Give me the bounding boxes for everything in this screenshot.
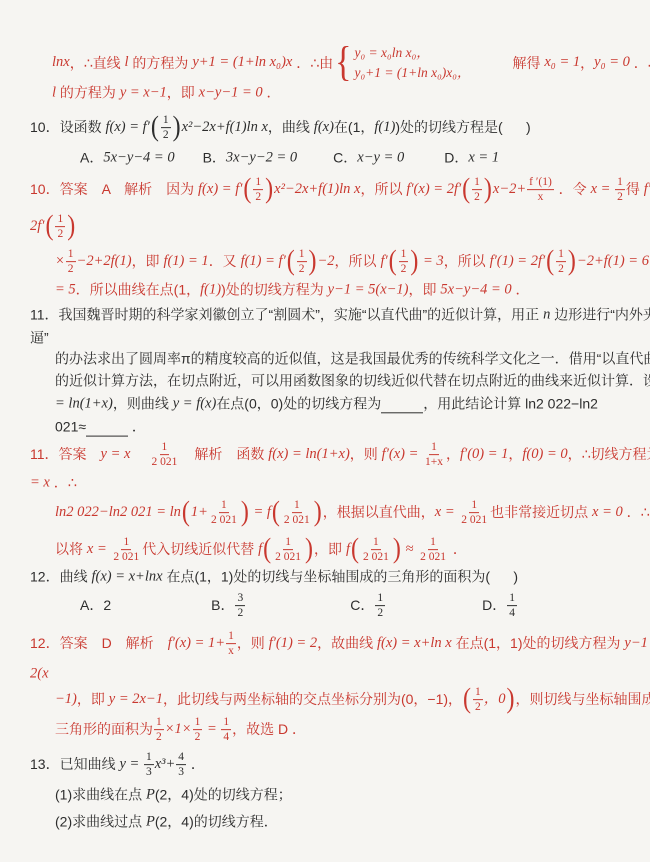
math-run: −2 bbox=[318, 253, 335, 270]
fraction: 12 bbox=[193, 715, 203, 745]
text-run: ，∴直线 bbox=[70, 55, 125, 72]
fraction: 12 bbox=[161, 113, 171, 143]
parenthesized-group: (12 021) bbox=[271, 498, 323, 528]
text-run: ，根据以直代曲， bbox=[323, 505, 435, 522]
open-paren-icon: ( bbox=[389, 249, 397, 275]
fraction: 12 bbox=[399, 247, 409, 277]
math-run: f′ bbox=[380, 253, 387, 270]
text-run: 代入切线近似代替 bbox=[142, 542, 258, 559]
fraction-numerator: 1 bbox=[473, 685, 483, 700]
fraction-numerator: 1 bbox=[375, 591, 385, 606]
math-run: f(1) = 1 bbox=[163, 253, 208, 270]
system-row: y₀ = x₀ln x₀， bbox=[354, 45, 470, 61]
text-run: ． bbox=[449, 542, 467, 559]
fraction-numerator: 1 bbox=[160, 440, 170, 455]
math-run: x₀ = 1 bbox=[544, 54, 580, 71]
math-run: f(1) bbox=[200, 281, 221, 298]
fraction-denominator: 2 bbox=[235, 607, 245, 621]
fraction: 14 bbox=[507, 591, 517, 621]
text-run: 解得 bbox=[512, 55, 544, 72]
fraction-denominator: 2 bbox=[615, 191, 625, 205]
text-run: D． bbox=[444, 150, 468, 167]
spacer bbox=[386, 606, 482, 607]
math-run: 2(x bbox=[30, 665, 49, 682]
text-run: 在点(1，1)处的切线与坐标轴围成的三角形的面积为( ) bbox=[163, 569, 518, 586]
math-run: x = 0 bbox=[592, 504, 623, 521]
text-run: 在点(0，0)处的切线方程为 bbox=[216, 396, 381, 413]
text-run: 边形进行“内外夹 bbox=[550, 307, 650, 324]
text-run: 10．答案 A 解析 因为 bbox=[30, 182, 198, 199]
math-run: f′(0) = 1 bbox=[460, 446, 508, 463]
text-run: 三角形的面积为 bbox=[55, 722, 153, 739]
math-run: × bbox=[55, 253, 65, 270]
text-run: ，故曲线 bbox=[317, 636, 377, 653]
fraction-denominator: 2 021 bbox=[209, 514, 239, 528]
math-run: 5x−y−4 = 0 bbox=[103, 149, 174, 166]
text-run: 在(1， bbox=[334, 120, 374, 137]
fraction-denominator: 4 bbox=[221, 731, 231, 745]
close-paren-icon: ) bbox=[305, 537, 313, 563]
close-paren-icon: ) bbox=[173, 115, 181, 141]
open-paren-icon: ( bbox=[272, 500, 280, 526]
fraction: 12 021 bbox=[209, 498, 239, 528]
fraction-denominator: 2 021 bbox=[459, 514, 489, 528]
spacer bbox=[111, 606, 211, 607]
fraction: 14 bbox=[221, 715, 231, 745]
text-run: C． bbox=[350, 598, 374, 615]
text-run: 021≈ bbox=[55, 419, 86, 436]
math-run: f(1) bbox=[374, 119, 395, 136]
fraction: 11+x bbox=[423, 440, 445, 470]
fraction-denominator: 2 bbox=[399, 263, 409, 277]
problem-11-line-1: 11．我国魏晋时期的科学家刘徽创立了“割圆术”，实施“以直代曲”的近似计算，用正… bbox=[30, 306, 650, 323]
close-paren-icon: ) bbox=[507, 687, 515, 713]
close-paren-icon: ) bbox=[265, 177, 273, 203]
fraction-numerator: 1 bbox=[193, 715, 203, 730]
fraction: 12 021 bbox=[459, 498, 489, 528]
text-run: ． bbox=[128, 419, 146, 436]
spacer bbox=[246, 606, 350, 607]
math-run: x³+ bbox=[155, 756, 176, 773]
math-run: f(x) = f′ bbox=[198, 181, 242, 198]
fraction-denominator: 2 bbox=[55, 228, 65, 242]
text-run: ，∴切线方程为 bbox=[568, 447, 650, 464]
fraction-denominator: 2 021 bbox=[282, 514, 312, 528]
math-run: f′(x) = 2f′ bbox=[406, 181, 461, 198]
fraction-numerator: 1 bbox=[615, 175, 625, 190]
fraction: 12 bbox=[473, 685, 483, 715]
text-run: D． bbox=[482, 598, 506, 615]
text-run: ，故选 D ． bbox=[232, 722, 306, 739]
problem-11-line-4: 的近似计算方法，在切点附近，可以用函数图象的切线近似代替在切点附近的曲线来近似计… bbox=[55, 372, 650, 389]
text-run: ，曲线 bbox=[268, 120, 314, 137]
text-run: 11．我国魏晋时期的科学家刘徽创立了“割圆术”，实施“以直代曲”的近似计算，用正 bbox=[30, 307, 543, 324]
fraction: 12 021 bbox=[418, 535, 448, 565]
fraction-denominator: 2 021 bbox=[111, 551, 141, 565]
answer-blank bbox=[86, 423, 128, 436]
math-run: ≈ bbox=[402, 541, 417, 558]
fraction: 12 bbox=[253, 175, 263, 205]
answer-12-line-4: 三角形的面积为12×1×12 = 14，故选 D ． bbox=[55, 715, 306, 745]
text-run: 也非常接近切点 bbox=[490, 505, 592, 522]
close-paren-icon: ) bbox=[393, 537, 401, 563]
text-run: C． bbox=[333, 150, 357, 167]
math-run: 1+ bbox=[191, 504, 208, 521]
fraction-denominator: 2 bbox=[154, 731, 164, 745]
fraction-denominator: 2 bbox=[253, 191, 263, 205]
fraction-numerator: 1 bbox=[121, 535, 131, 550]
fraction-denominator: 2 bbox=[472, 191, 482, 205]
text-run: ，即 bbox=[409, 282, 441, 299]
fraction-denominator: x bbox=[226, 645, 236, 659]
close-paren-icon: ) bbox=[484, 177, 492, 203]
parenthesized-group: (12) bbox=[545, 247, 577, 277]
text-run: A．2 bbox=[80, 598, 111, 615]
math-run: P bbox=[146, 813, 155, 830]
fraction-denominator: 2 bbox=[161, 129, 171, 143]
answer-11-line-3: ln2 022−ln2 021 = ln(1+12 021) = f(12 02… bbox=[55, 498, 650, 528]
close-paren-icon: ) bbox=[241, 500, 249, 526]
text-run: ，所以 bbox=[335, 254, 381, 271]
math-run: x = 1 bbox=[468, 149, 499, 166]
math-run: y = 2x−1 bbox=[109, 691, 163, 708]
spacer bbox=[175, 157, 203, 158]
spacer bbox=[297, 157, 333, 158]
text-run: ， bbox=[446, 447, 460, 464]
answer-10-line-2: 2f′(12) bbox=[30, 212, 76, 242]
fraction: 12 bbox=[375, 591, 385, 621]
text-run: (2，4)的切线方程． bbox=[155, 814, 278, 831]
problem-11-line-3: 的办法求出了圆周率π的精度较高的近似值，这是我国最优秀的传统科学文化之一．借用“… bbox=[55, 351, 650, 368]
text-run: (1)求曲线在点 bbox=[55, 787, 146, 804]
text-run: ．又 bbox=[209, 254, 241, 271]
math-run: lnx bbox=[52, 54, 70, 71]
math-run: y+1 = (1+ln x₀)x bbox=[192, 54, 292, 71]
math-run: n bbox=[543, 306, 550, 323]
close-paren-icon: ) bbox=[410, 249, 418, 275]
math-run: −1) bbox=[55, 691, 77, 708]
fraction-numerator: 1 bbox=[55, 212, 65, 227]
fraction-denominator: 2 021 bbox=[361, 551, 391, 565]
fraction-numerator: 1 bbox=[429, 440, 439, 455]
text-run: 13．已知曲线 bbox=[30, 757, 119, 774]
math-run: y−1 = 5(x−1) bbox=[328, 281, 409, 298]
open-paren-icon: ( bbox=[287, 249, 295, 275]
parenthesized-group: (1+12 021) bbox=[181, 498, 250, 528]
fraction: 1x bbox=[226, 629, 236, 659]
open-paren-icon: ( bbox=[182, 500, 190, 526]
problem-10-options: A．5x−y−4 = 0B．3x−y−2 = 0C．x−y = 0D．x = 1 bbox=[80, 149, 499, 166]
fraction: 12 021 bbox=[149, 440, 179, 470]
text-run: ，所以 bbox=[444, 254, 490, 271]
fraction-denominator: 2 021 bbox=[149, 456, 179, 470]
fraction-numerator: 1 bbox=[428, 535, 438, 550]
text-run: ．∴直线 bbox=[630, 55, 650, 72]
text-run: (2，4)处的切线方程； bbox=[155, 787, 292, 804]
fraction: 12 021 bbox=[273, 535, 303, 565]
math-run: ln2 022−ln2 021 = ln bbox=[55, 504, 181, 521]
fraction-numerator: 1 bbox=[283, 535, 293, 550]
text-run: ，此切线与两坐标轴的交点坐标分别为(0，−1)， bbox=[163, 692, 462, 709]
math-run: f(1) = f′ bbox=[241, 253, 286, 270]
fraction-numerator: 1 bbox=[221, 715, 231, 730]
math-run: 2f′ bbox=[30, 218, 44, 235]
text-run: 12．答案 D 解析 bbox=[30, 636, 168, 653]
fraction-numerator: 3 bbox=[235, 591, 245, 606]
open-paren-icon: ( bbox=[243, 177, 251, 203]
parenthesized-group: (12) bbox=[44, 212, 76, 242]
problem-12-statement: 12．曲线 f(x) = x+lnx 在点(1，1)处的切线与坐标轴围成的三角形… bbox=[30, 568, 518, 585]
fraction-denominator: 2 bbox=[556, 263, 566, 277]
math-run: f(x) = ln(1+x) bbox=[268, 446, 350, 463]
worksheet-page: lnx，∴直线 l 的方程为 y+1 = (1+ln x₀)x ．∴由{y₀ =… bbox=[0, 0, 650, 862]
fraction-denominator: 2 021 bbox=[273, 551, 303, 565]
answer-10-line-4: = 5．所以曲线在点(1，f(1))处的切线方程为 y−1 = 5(x−1)，即… bbox=[55, 281, 530, 298]
fraction-denominator: 2 bbox=[297, 263, 307, 277]
math-run: x = bbox=[435, 504, 458, 521]
math-run: f′(1) = 2f′ bbox=[490, 253, 546, 270]
text-run: ，则 bbox=[350, 447, 382, 464]
text-run: 以将 bbox=[55, 542, 87, 559]
parenthesized-group: (12) bbox=[286, 247, 318, 277]
fraction: 13 bbox=[144, 750, 154, 780]
text-run: (2)求曲线过点 bbox=[55, 814, 146, 831]
problem-13-statement: 13．已知曲线 y = 13x³+43 ． bbox=[30, 750, 205, 780]
fraction-numerator: 1 bbox=[144, 750, 154, 765]
fraction-denominator: 3 bbox=[144, 766, 154, 780]
text-run: A． bbox=[80, 150, 103, 167]
fraction-denominator: 1+x bbox=[423, 456, 445, 470]
fraction: 12 bbox=[55, 212, 65, 242]
text-run: 得 bbox=[626, 182, 644, 199]
fraction-numerator: 1 bbox=[219, 498, 229, 513]
text-run: ， bbox=[508, 447, 522, 464]
text-run: 的方程为 bbox=[56, 85, 120, 102]
parenthesized-group: (12) bbox=[242, 175, 274, 205]
fraction-numerator: 1 bbox=[253, 175, 263, 190]
fraction: 32 bbox=[235, 591, 245, 621]
math-run: f′(1) = 2 bbox=[269, 635, 317, 652]
answer-blank bbox=[381, 400, 423, 413]
math-run: P bbox=[146, 786, 155, 803]
open-paren-icon: ( bbox=[45, 214, 53, 240]
text-run: ， bbox=[580, 55, 594, 72]
math-run: x−y−1 = 0 bbox=[199, 84, 263, 101]
fraction-numerator: 1 bbox=[161, 113, 171, 128]
fraction-denominator: 3 bbox=[176, 766, 186, 780]
text-run: 的方程为 bbox=[129, 55, 193, 72]
left-brace-icon: { bbox=[335, 42, 351, 85]
answer-12-line-3: −1)，即 y = 2x−1，此切线与两坐标轴的交点坐标分别为(0，−1)，(1… bbox=[55, 685, 650, 715]
fraction-denominator: 2 bbox=[66, 263, 76, 277]
math-run: −2+2f(1) bbox=[77, 253, 132, 270]
spacer bbox=[180, 455, 194, 456]
text-run: ，则曲线 bbox=[113, 396, 173, 413]
fraction-numerator: 1 bbox=[371, 535, 381, 550]
math-run: y = bbox=[119, 756, 142, 773]
fraction: 12 bbox=[556, 247, 566, 277]
system-row: y₀+1 = (1+ln x₀)x₀， bbox=[354, 65, 470, 81]
parenthesized-group: (12 021) bbox=[350, 535, 402, 565]
close-paren-icon: ) bbox=[568, 249, 576, 275]
fraction-denominator: 2 bbox=[375, 607, 385, 621]
math-run: 5x−y−4 = 0 bbox=[440, 281, 511, 298]
problem-10-statement: 10．设函数 f(x) = f′(12)x²−2x+f(1)ln x，曲线 f(… bbox=[30, 113, 531, 143]
math-run: x = bbox=[87, 541, 110, 558]
fraction-denominator: 2 bbox=[193, 731, 203, 745]
spacer bbox=[472, 63, 512, 64]
text-run: ，则切线与坐标轴围成的 bbox=[516, 692, 650, 709]
parenthesized-group: (12，0) bbox=[462, 685, 516, 715]
fraction-numerator: 1 bbox=[399, 247, 409, 262]
text-run: 解析 函数 bbox=[194, 447, 268, 464]
text-run: ．所以曲线在点(1， bbox=[76, 282, 200, 299]
math-run: f(0) = 0 bbox=[522, 446, 567, 463]
fraction: 12 bbox=[615, 175, 625, 205]
answer-12-line-2: 2(x bbox=[30, 665, 49, 682]
math-run: x−y = 0 bbox=[357, 149, 404, 166]
parenthesized-group: (12) bbox=[461, 175, 493, 205]
fraction-denominator: 4 bbox=[507, 607, 517, 621]
open-paren-icon: ( bbox=[463, 687, 471, 713]
open-paren-icon: ( bbox=[546, 249, 554, 275]
math-run: y = x−1 bbox=[120, 84, 167, 101]
problem-11-line-2: 逼” bbox=[30, 330, 49, 347]
math-run: x²−2x+f(1)ln x bbox=[182, 119, 268, 136]
text-run: ，所以 bbox=[360, 182, 406, 199]
spacer bbox=[130, 455, 148, 456]
fraction: 12 bbox=[66, 247, 76, 277]
fraction: f ′(1)x bbox=[527, 175, 554, 205]
close-paren-icon: ) bbox=[309, 249, 317, 275]
fraction-denominator: 2 021 bbox=[418, 551, 448, 565]
fraction-numerator: 1 bbox=[472, 175, 482, 190]
fraction-denominator: 2 bbox=[473, 701, 483, 715]
math-run: f′(x) = 1+ bbox=[168, 635, 225, 652]
parenthesized-group: (12 021) bbox=[262, 535, 314, 565]
problem-11-line-5: = ln(1+x)，则曲线 y = f(x)在点(0，0)处的切线方程为，用此结… bbox=[55, 395, 598, 412]
text-run: ，即 bbox=[132, 254, 164, 271]
math-run: = 3 bbox=[419, 253, 443, 270]
fraction-numerator: 1 bbox=[226, 629, 236, 644]
close-paren-icon: ) bbox=[67, 214, 75, 240]
text-run: ，用此结论计算 ln2 022−ln2 bbox=[423, 396, 598, 413]
text-run: ，则 bbox=[237, 636, 269, 653]
text-run: ． bbox=[263, 85, 281, 102]
open-paren-icon: ( bbox=[351, 537, 359, 563]
text-run: ，即 bbox=[167, 85, 199, 102]
open-paren-icon: ( bbox=[462, 177, 470, 203]
math-run: x²−2x+f(1)ln x bbox=[274, 181, 360, 198]
open-paren-icon: ( bbox=[151, 115, 159, 141]
math-run: = 5 bbox=[55, 281, 76, 298]
parenthesized-group: (12) bbox=[150, 113, 182, 143]
math-run: f(x) = x+ln x bbox=[377, 635, 452, 652]
fraction-numerator: 1 bbox=[297, 247, 307, 262]
math-run: y−1 = bbox=[624, 635, 650, 652]
math-run: = ln(1+x) bbox=[55, 395, 113, 412]
problem-13-part-2: (2)求曲线过点 P(2，4)的切线方程． bbox=[55, 813, 278, 830]
fraction-numerator: 1 bbox=[469, 498, 479, 513]
fraction-denominator: x bbox=[536, 191, 546, 205]
answer-11-line-4: 以将 x = 12 021代入切线近似代替 f(12 021)，即 f(12 0… bbox=[55, 535, 467, 565]
text-run: ．令 bbox=[555, 182, 591, 199]
problem-12-options: A．2B．32C．12D．14 bbox=[80, 591, 518, 621]
answer-11-line-1: 11．答案 y = x12 021解析 函数 f(x) = ln(1+x)，则 … bbox=[30, 440, 650, 470]
fraction-numerator: 1 bbox=[507, 591, 517, 606]
fraction: 43 bbox=[176, 750, 186, 780]
math-run: −2+f(1) = 6−2+1 bbox=[577, 253, 650, 270]
text-run: 12．曲线 bbox=[30, 569, 91, 586]
text-run: 在点(1，1)处的切线方程为 bbox=[452, 636, 625, 653]
answer-12-line-1: 12．答案 D 解析 f′(x) = 1+1x，则 f′(1) = 2，故曲线 … bbox=[30, 629, 650, 659]
fraction: 12 021 bbox=[111, 535, 141, 565]
system-rows: y₀ = x₀ln x₀，y₀+1 = (1+ln x₀)x₀， bbox=[354, 45, 470, 81]
text-run: 的近似计算方法，在切点附近，可以用函数图象的切线近似代替在切点附近的曲线来近似计… bbox=[55, 373, 650, 390]
math-run: f′(x) = bbox=[382, 446, 422, 463]
fraction-numerator: 4 bbox=[176, 750, 186, 765]
answer-10-line-3: ×12−2+2f(1)，即 f(1) = 1．又 f(1) = f′(12)−2… bbox=[55, 247, 650, 277]
text-run: ．∴可 bbox=[623, 505, 650, 522]
red-continuation-line-1: lnx，∴直线 l 的方程为 y+1 = (1+ln x₀)x ．∴由{y₀ =… bbox=[52, 45, 650, 81]
math-run: = bbox=[203, 721, 220, 738]
answer-10-line-1: 10．答案 A 解析 因为 f(x) = f′(12)x²−2x+f(1)ln … bbox=[30, 175, 650, 205]
text-run: ．∴ bbox=[50, 475, 77, 492]
text-run: ． bbox=[187, 757, 205, 774]
math-run: 3x−y−2 = 0 bbox=[226, 149, 297, 166]
math-run: f(x) = x+lnx bbox=[91, 568, 162, 585]
fraction-numerator: f ′(1) bbox=[527, 175, 554, 190]
math-run: = f bbox=[250, 504, 271, 521]
text-run: ，即 bbox=[77, 692, 109, 709]
text-run: ． bbox=[512, 282, 530, 299]
fraction-numerator: 1 bbox=[154, 715, 164, 730]
fraction-numerator: 1 bbox=[292, 498, 302, 513]
red-continuation-line-2: l 的方程为 y = x−1，即 x−y−1 = 0 ． bbox=[52, 84, 281, 101]
answer-11-line-2: = x ．∴ bbox=[30, 474, 77, 491]
math-run: f(x) bbox=[314, 119, 334, 136]
math-run: y = x bbox=[101, 446, 131, 463]
spacer bbox=[404, 157, 444, 158]
math-run: = x bbox=[30, 474, 50, 491]
text-run: )处的切线方程是( ) bbox=[395, 120, 530, 137]
math-run: ，0 bbox=[484, 691, 506, 708]
fraction-numerator: 1 bbox=[556, 247, 566, 262]
fraction-numerator: 1 bbox=[66, 247, 76, 262]
math-run: y = f(x) bbox=[173, 395, 217, 412]
text-run: 10．设函数 bbox=[30, 120, 105, 137]
text-run: 11．答案 bbox=[30, 447, 101, 464]
text-run: ．∴由 bbox=[292, 55, 333, 72]
text-run: ，即 bbox=[314, 542, 346, 559]
text-run: 逼” bbox=[30, 330, 49, 347]
math-run: x−2+ bbox=[493, 181, 526, 198]
fraction: 12 021 bbox=[282, 498, 312, 528]
problem-11-line-6: 021≈ ． bbox=[55, 419, 146, 436]
text-run: 的办法求出了圆周率π的精度较高的近似值，这是我国最优秀的传统科学文化之一．借用“… bbox=[55, 351, 650, 368]
math-run: ×1× bbox=[165, 721, 192, 738]
math-run: x = bbox=[591, 181, 614, 198]
fraction: 12 bbox=[297, 247, 307, 277]
fraction: 12 bbox=[472, 175, 482, 205]
math-run: f′ bbox=[644, 181, 650, 198]
problem-13-part-1: (1)求曲线在点 P(2，4)处的切线方程； bbox=[55, 786, 292, 803]
math-run: f(x) = f′ bbox=[105, 119, 149, 136]
fraction: 12 021 bbox=[361, 535, 391, 565]
text-run: )处的切线方程为 bbox=[221, 282, 328, 299]
text-run: B． bbox=[203, 150, 226, 167]
close-paren-icon: ) bbox=[314, 500, 322, 526]
